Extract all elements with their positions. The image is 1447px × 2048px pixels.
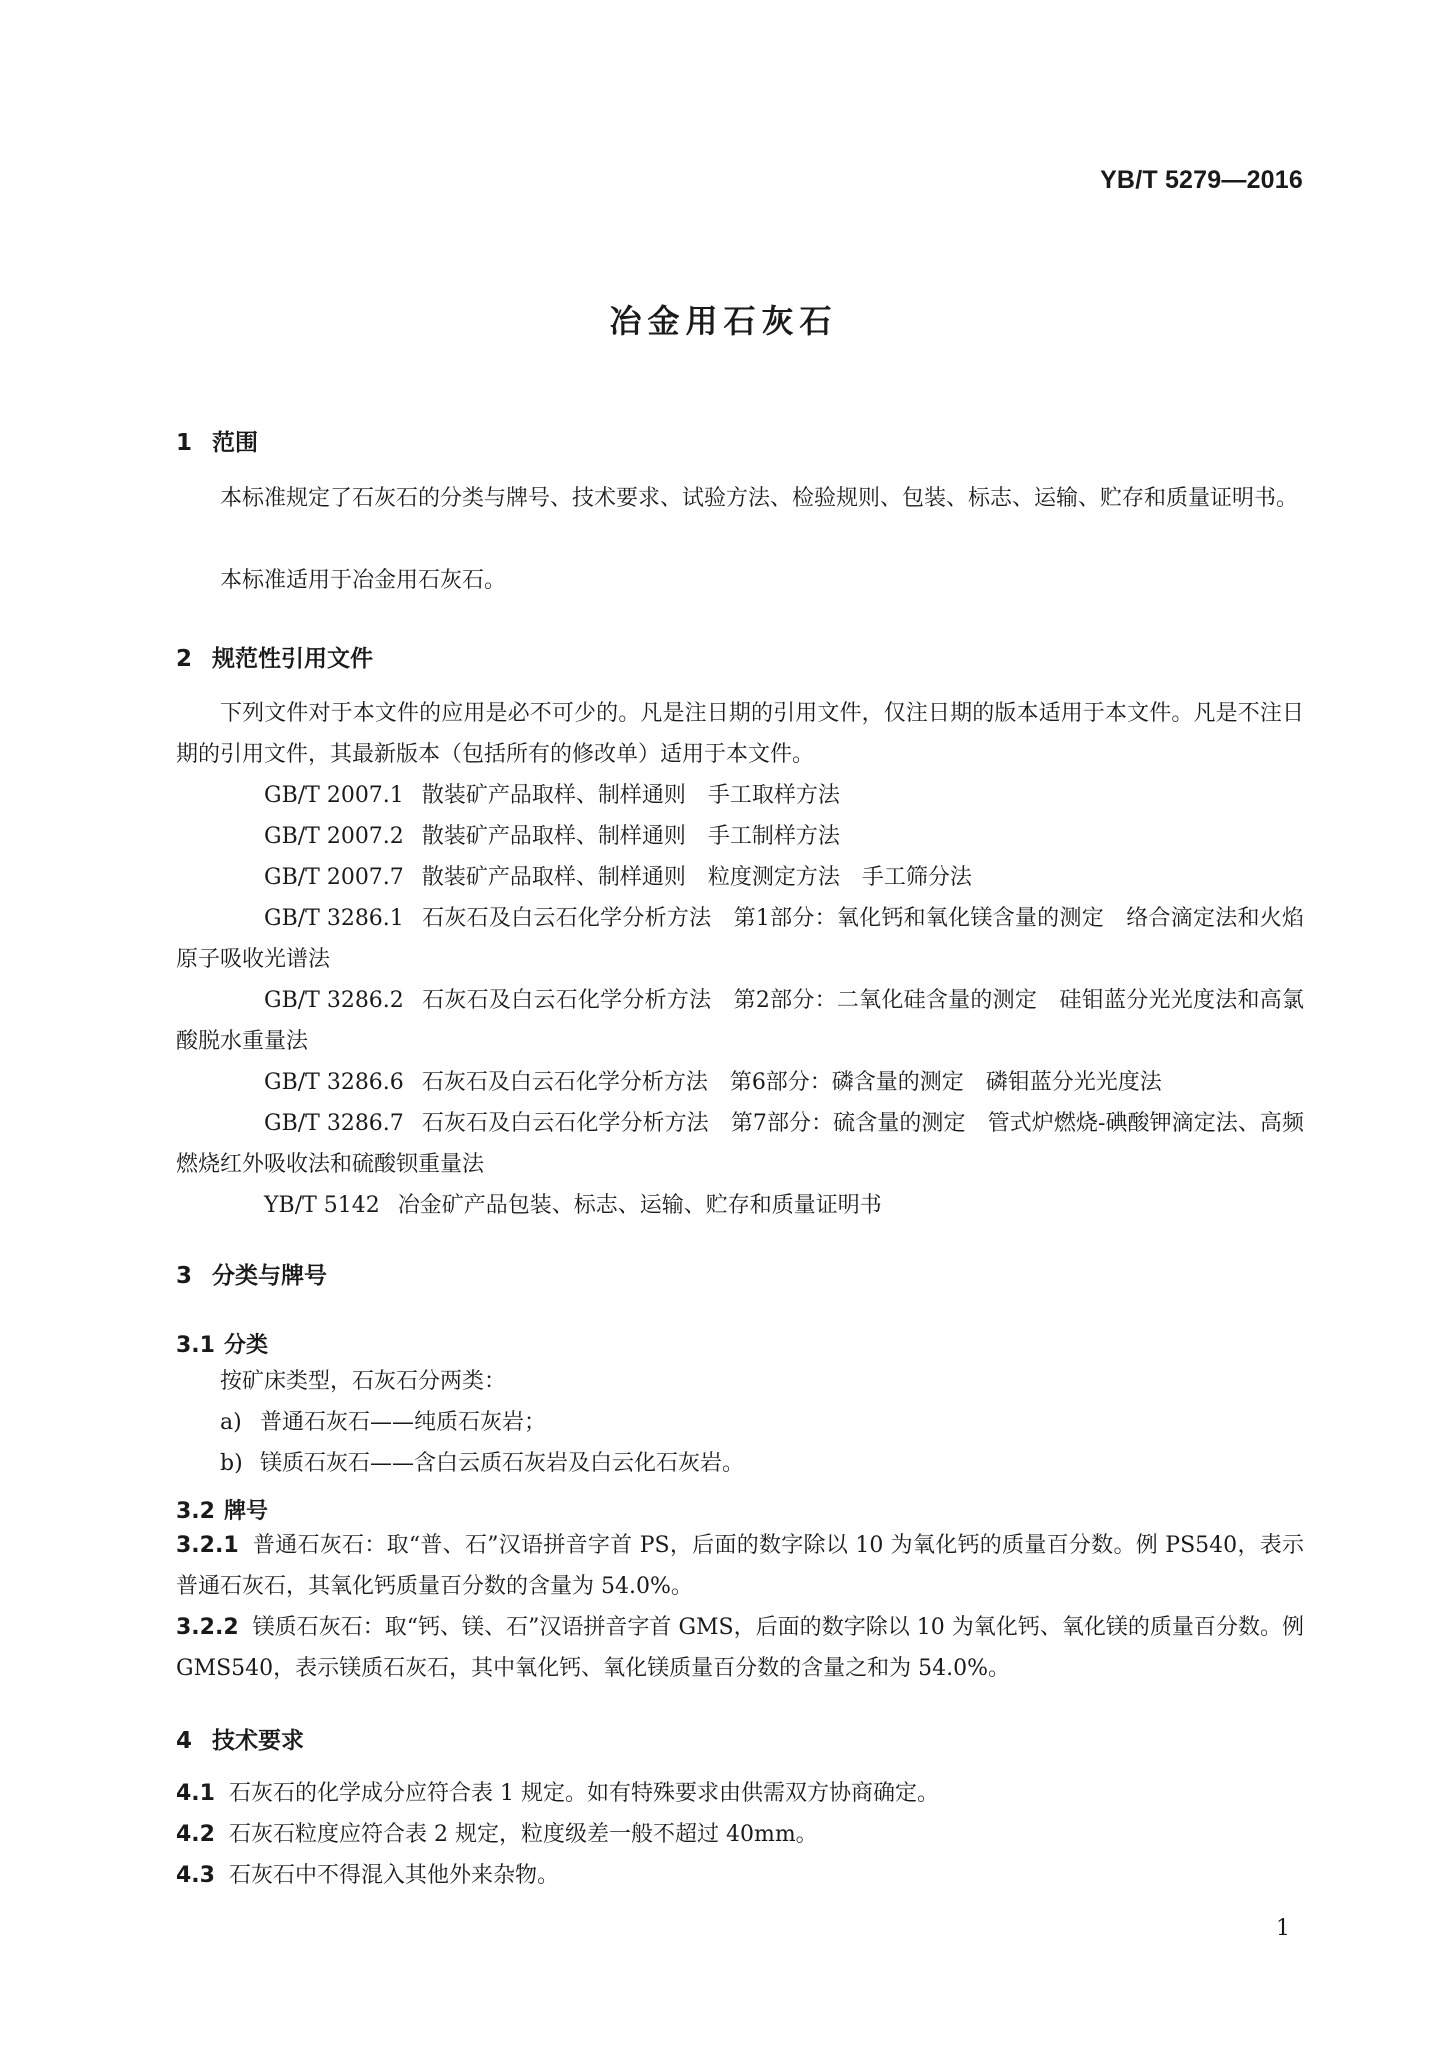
reference-item: GB/T 3286.1石灰石及白云石化学分析方法 第1部分：氧化钙和氧化镁含量的… <box>176 898 1304 980</box>
section-title: 技术要求 <box>212 1728 304 1754</box>
document-title: 冶金用石灰石 <box>0 296 1447 342</box>
list-text: 普通石灰石——纯质石灰岩； <box>260 1410 546 1435</box>
reference-title: 散装矿产品取样、制样通则 手工制样方法 <box>422 824 840 849</box>
clause-3-2-2: 3.2.2镁质石灰石：取“钙、镁、石”汉语拼音字首 GMS，后面的数字除以 10… <box>176 1607 1304 1689</box>
paragraph: 本标准适用于冶金用石灰石。 <box>176 560 1304 601</box>
subsection-title: 分类 <box>224 1333 268 1358</box>
section-title: 分类与牌号 <box>212 1263 327 1289</box>
paragraph: 下列文件对于本文件的应用是必不可少的。凡是注日期的引用文件，仅注日期的版本适用于… <box>176 693 1304 775</box>
section-number: 3 <box>176 1263 212 1289</box>
list-marker: a) <box>220 1402 260 1443</box>
clause-text: 石灰石的化学成分应符合表 1 规定。如有特殊要求由供需双方协商确定。 <box>229 1781 939 1806</box>
reference-item: YB/T 5142冶金矿产品包装、标志、运输、贮存和质量证明书 <box>176 1185 1304 1226</box>
reference-item: GB/T 3286.2石灰石及白云石化学分析方法 第2部分：二氧化硅含量的测定 … <box>176 980 1304 1062</box>
list-item: b)镁质石灰石——含白云质石灰岩及白云化石灰岩。 <box>220 1443 744 1484</box>
section-title: 范围 <box>212 430 258 456</box>
reference-code: GB/T 2007.1 <box>220 775 404 816</box>
clause-text: 石灰石粒度应符合表 2 规定，粒度级差一般不超过 40mm。 <box>229 1822 818 1847</box>
reference-item: GB/T 3286.7石灰石及白云石化学分析方法 第7部分：硫含量的测定 管式炉… <box>176 1103 1304 1185</box>
reference-item: GB/T 2007.7散装矿产品取样、制样通则 粒度测定方法 手工筛分法 <box>176 857 1304 898</box>
clause-text: 普通石灰石：取“普、石”汉语拼音字首 PS，后面的数字除以 10 为氧化钙的质量… <box>176 1533 1304 1599</box>
reference-title: 石灰石及白云石化学分析方法 第6部分：磷含量的测定 磷钼蓝分光光度法 <box>422 1070 1162 1095</box>
subsection-3-1-heading: 3.1分类 <box>176 1328 268 1359</box>
section-1-heading: 1范围 <box>176 424 258 457</box>
clause-4-3: 4.3石灰石中不得混入其他外来杂物。 <box>176 1855 1304 1896</box>
clause-text: 镁质石灰石：取“钙、镁、石”汉语拼音字首 GMS，后面的数字除以 10 为氧化钙… <box>176 1615 1304 1681</box>
paragraph: 按矿床类型，石灰石分两类： <box>176 1361 1304 1402</box>
section-3-heading: 3分类与牌号 <box>176 1257 327 1290</box>
reference-code: GB/T 2007.2 <box>220 816 404 857</box>
reference-code: GB/T 2007.7 <box>220 857 404 898</box>
reference-item: GB/T 2007.2散装矿产品取样、制样通则 手工制样方法 <box>176 816 1304 857</box>
reference-title: 冶金矿产品包装、标志、运输、贮存和质量证明书 <box>398 1193 882 1218</box>
reference-code: YB/T 5142 <box>220 1185 380 1226</box>
standard-code: YB/T 5279—2016 <box>1100 166 1303 195</box>
reference-item: GB/T 2007.1散装矿产品取样、制样通则 手工取样方法 <box>176 775 1304 816</box>
reference-code: GB/T 3286.2 <box>220 980 404 1021</box>
list-item: a)普通石灰石——纯质石灰岩； <box>220 1402 546 1443</box>
clause-number: 4.2 <box>176 1822 215 1847</box>
subsection-number: 3.1 <box>176 1333 224 1358</box>
subsection-title: 牌号 <box>224 1499 268 1524</box>
reference-item: GB/T 3286.6石灰石及白云石化学分析方法 第6部分：磷含量的测定 磷钼蓝… <box>176 1062 1304 1103</box>
reference-code: GB/T 3286.7 <box>220 1103 404 1144</box>
paragraph: 本标准规定了石灰石的分类与牌号、技术要求、试验方法、检验规则、包装、标志、运输、… <box>176 478 1304 519</box>
section-2-heading: 2规范性引用文件 <box>176 640 373 673</box>
section-title: 规范性引用文件 <box>212 646 373 672</box>
reference-code: GB/T 3286.6 <box>220 1062 404 1103</box>
section-number: 4 <box>176 1728 212 1754</box>
section-number: 1 <box>176 430 212 456</box>
clause-3-2-1: 3.2.1普通石灰石：取“普、石”汉语拼音字首 PS，后面的数字除以 10 为氧… <box>176 1525 1304 1607</box>
reference-title: 散装矿产品取样、制样通则 手工取样方法 <box>422 783 840 808</box>
clause-number: 4.3 <box>176 1863 215 1888</box>
clause-number: 4.1 <box>176 1781 215 1806</box>
section-number: 2 <box>176 646 212 672</box>
page-number: 1 <box>1276 1916 1290 1941</box>
list-text: 镁质石灰石——含白云质石灰岩及白云化石灰岩。 <box>260 1451 744 1476</box>
clause-4-2: 4.2石灰石粒度应符合表 2 规定，粒度级差一般不超过 40mm。 <box>176 1814 1304 1855</box>
list-marker: b) <box>220 1443 260 1484</box>
section-4-heading: 4技术要求 <box>176 1722 304 1755</box>
subsection-3-2-heading: 3.2牌号 <box>176 1494 268 1525</box>
reference-title: 散装矿产品取样、制样通则 粒度测定方法 手工筛分法 <box>422 865 972 890</box>
clause-number: 3.2.2 <box>176 1615 239 1640</box>
clause-4-1: 4.1石灰石的化学成分应符合表 1 规定。如有特殊要求由供需双方协商确定。 <box>176 1773 1304 1814</box>
clause-number: 3.2.1 <box>176 1533 239 1558</box>
clause-text: 石灰石中不得混入其他外来杂物。 <box>229 1863 559 1888</box>
subsection-number: 3.2 <box>176 1499 224 1524</box>
reference-code: GB/T 3286.1 <box>220 898 404 939</box>
